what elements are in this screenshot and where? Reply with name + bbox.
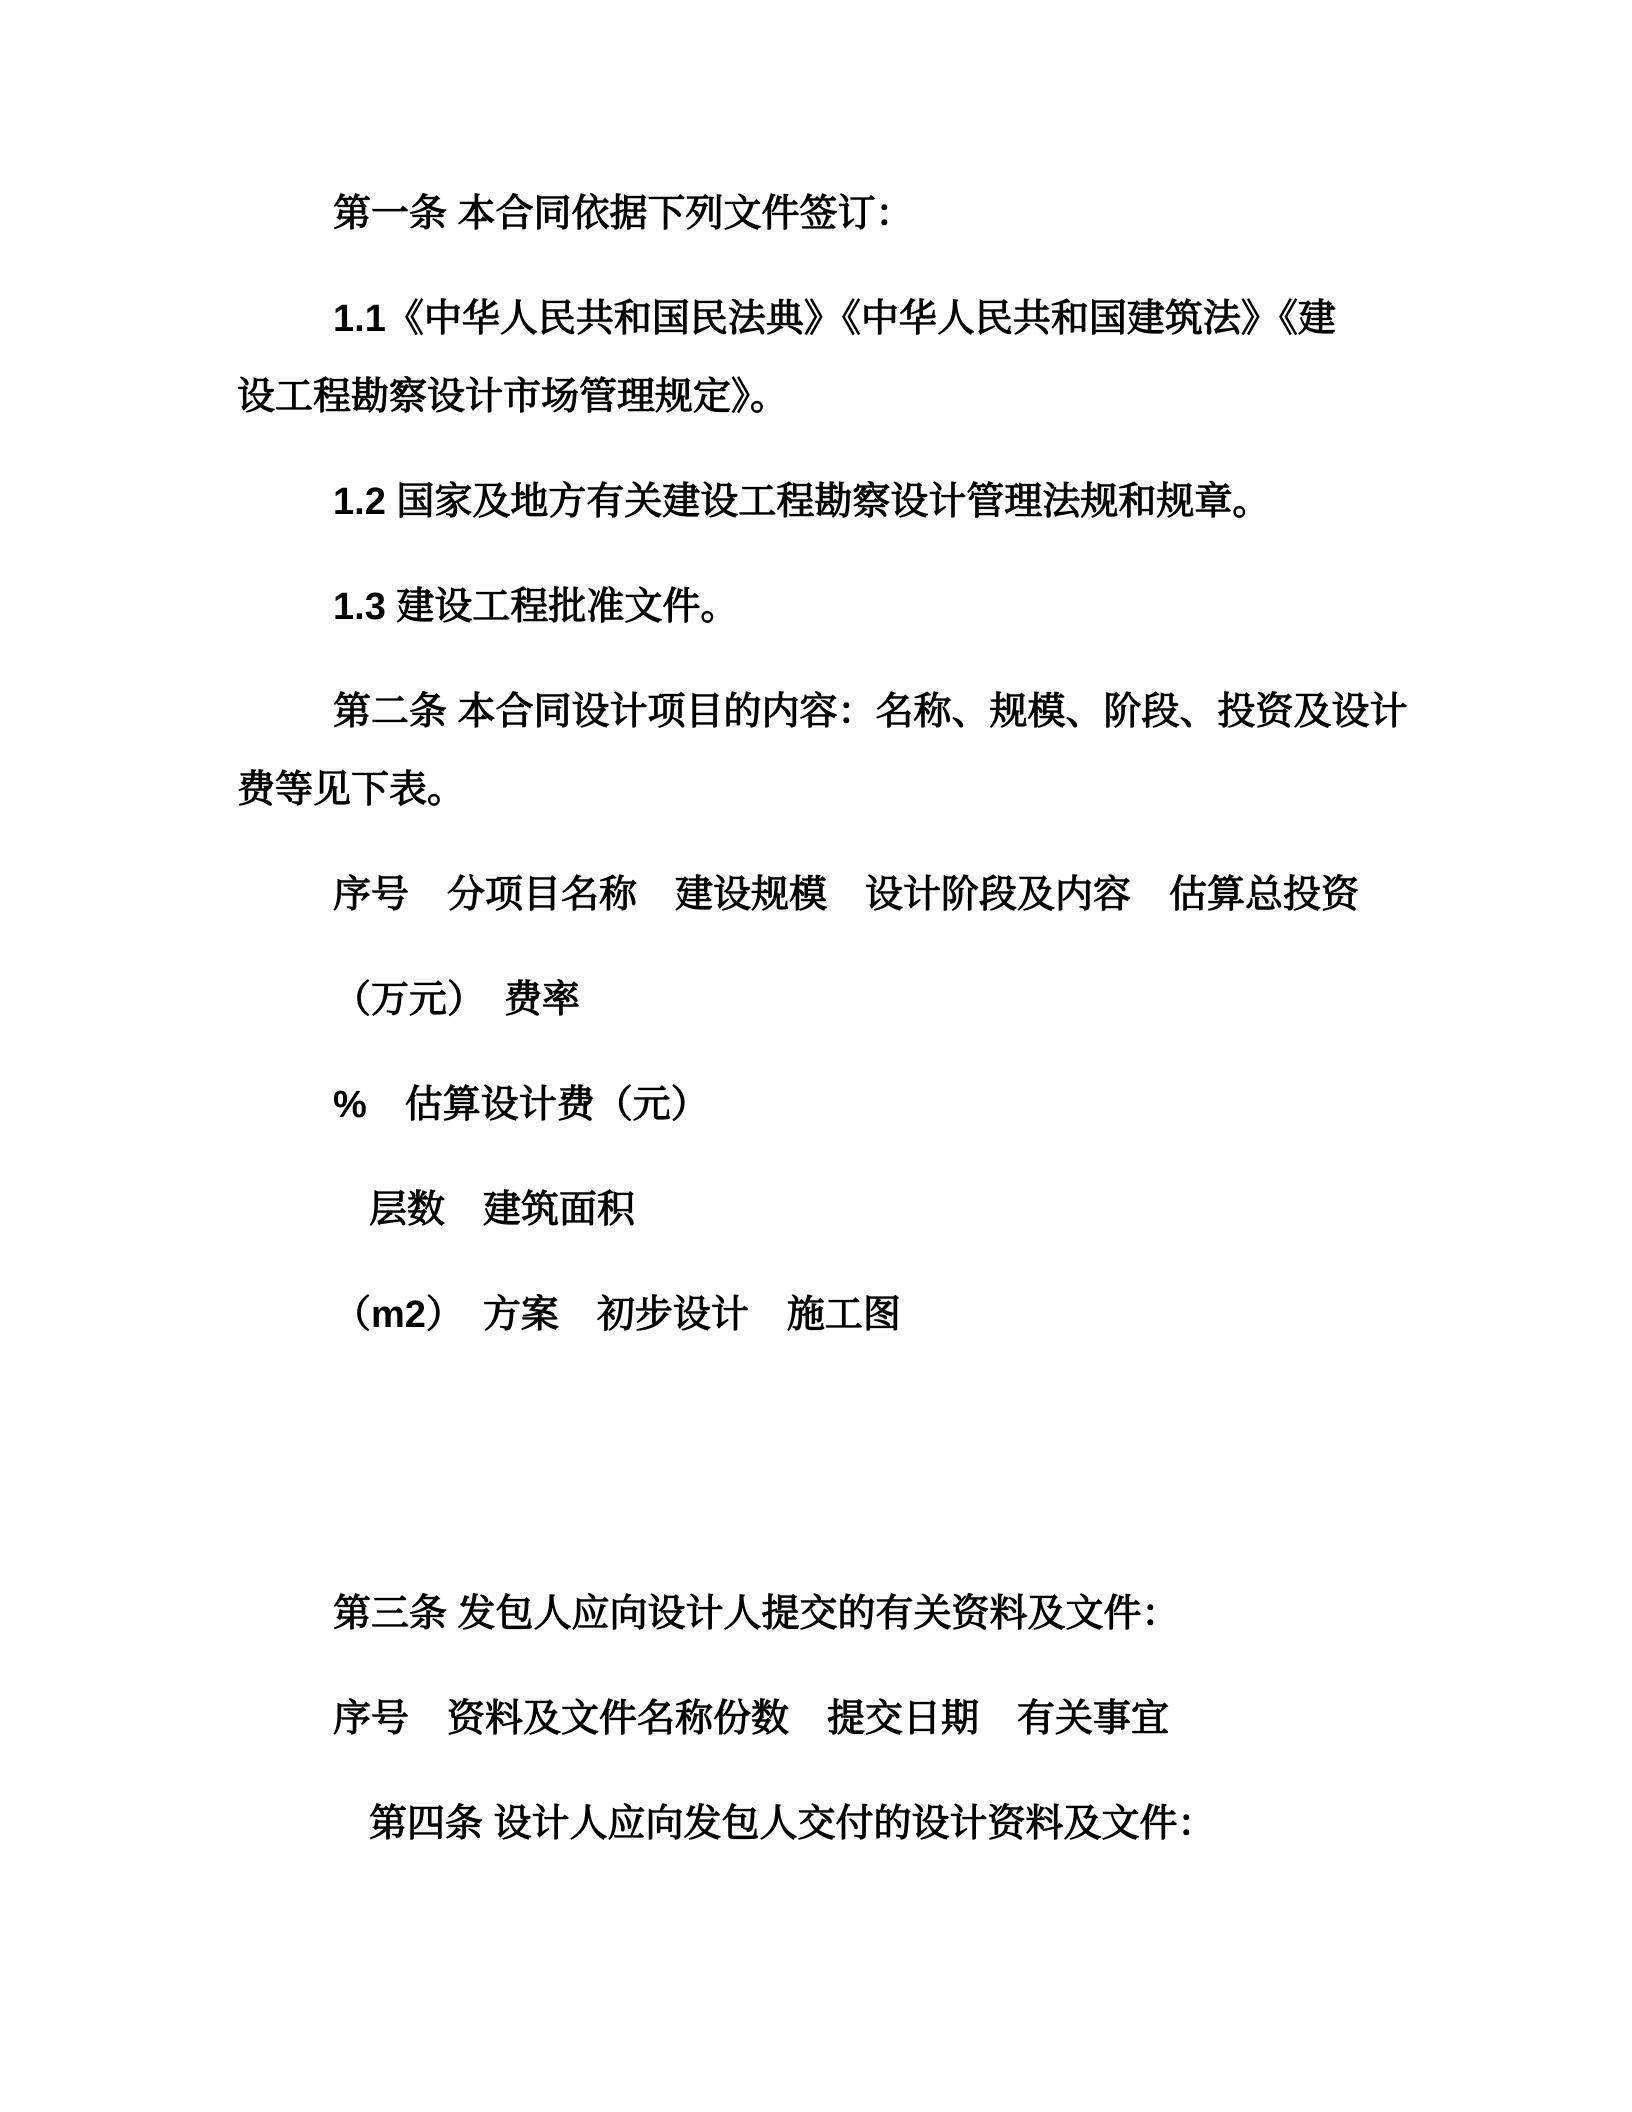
- table-header-row-5: （m2） 方案 初步设计 施工图: [237, 1276, 1395, 1354]
- item-1-3: 1.3 建设工程批准文件。: [237, 568, 1395, 646]
- clause-4-heading: 第四条 设计人应向发包人交付的设计资料及文件：: [237, 1785, 1395, 1863]
- table-header-row-1: 序号 分项目名称 建设规模 设计阶段及内容 估算总投资: [237, 856, 1395, 934]
- clause-1-heading: 第一条 本合同依据下列文件签订：: [237, 175, 1395, 253]
- table-header-row-3: % 估算设计费（元）: [237, 1066, 1395, 1144]
- table-header-row-2: （万元） 费率: [237, 961, 1395, 1039]
- empty-table-region: [237, 1354, 1395, 1548]
- clause-3-heading: 第三条 发包人应向设计人提交的有关资料及文件：: [237, 1575, 1395, 1653]
- item-1-1-line-2: 设工程勘察设计市场管理规定》。: [237, 358, 1395, 436]
- clause-2-heading-line-1: 第二条 本合同设计项目的内容：名称、规模、阶段、投资及设计: [237, 673, 1395, 751]
- item-1-2: 1.2 国家及地方有关建设工程勘察设计管理法规和规章。: [237, 463, 1395, 541]
- document-page: 第一条 本合同依据下列文件签订： 1.1《中华人民共和国民法典》《中华人民共和国…: [0, 0, 1632, 2112]
- table-header-row-4: 层数 建筑面积: [237, 1171, 1395, 1249]
- table2-header-row: 序号 资料及文件名称份数 提交日期 有关事宜: [237, 1680, 1395, 1758]
- clause-2-heading-line-2: 费等见下表。: [237, 751, 1395, 829]
- item-1-1-line-1: 1.1《中华人民共和国民法典》《中华人民共和国建筑法》《建: [237, 280, 1395, 358]
